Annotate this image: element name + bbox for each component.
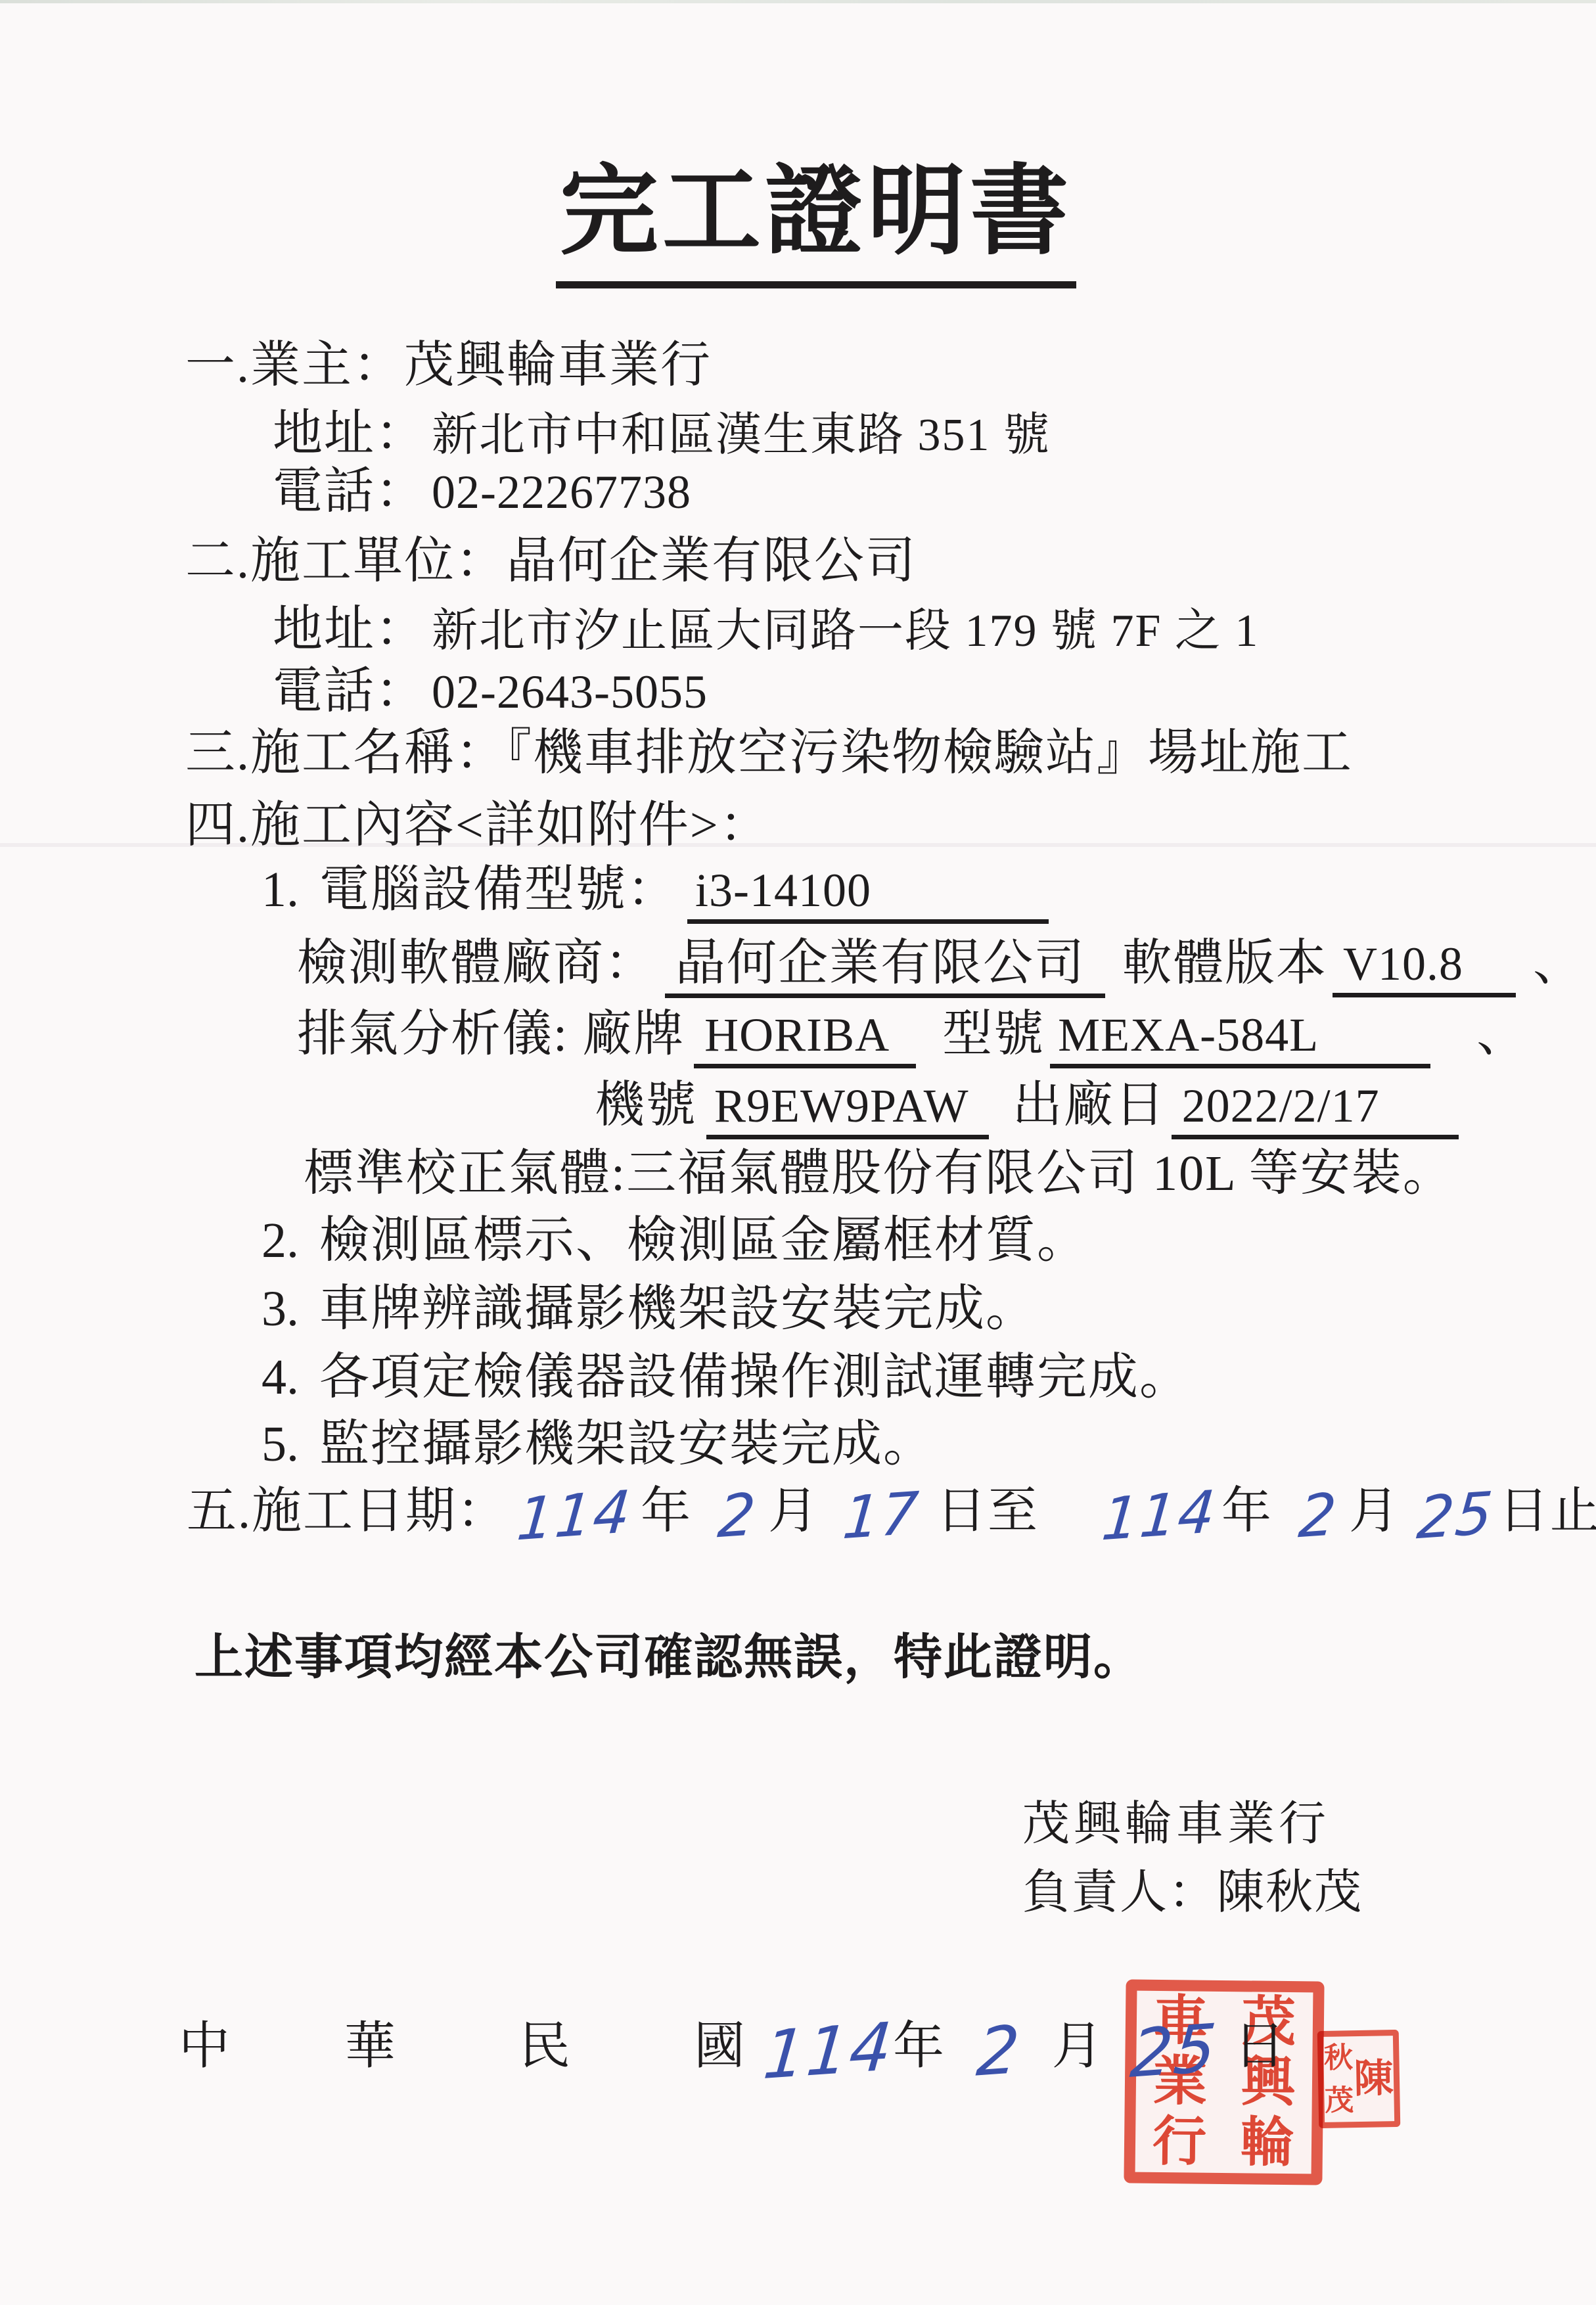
item1-analyzer-model: MEXA-584L [1050,1011,1430,1068]
item1-software-vendor-label: 檢測軟體廠商： [297,936,656,991]
item1-serial-label: 機號 [595,1078,697,1133]
owner-heading: 一.業主：茂興輪車業行 [185,338,712,394]
period-year-unit-2: 年 [1221,1484,1273,1539]
confirmation-statement: 上述事項均經本公司確認無誤，特此證明。 [194,1631,1143,1685]
contractor-address-label: 地址： [273,602,426,657]
item1-serial-line: 機號R9EW9PAW出廠日2022/2/17 [595,1078,1459,1139]
signature-principal-label: 負責人： [1022,1866,1217,1919]
footer-month-handwritten: 2 [974,2013,1023,2090]
contractor-heading-label: 二.施工單位： [185,534,507,589]
owner-address: 新北市中和區漢生東路 351 號 [432,410,1051,461]
period-end-day-handwritten: 25 [1415,1481,1496,1551]
owner-address-line: 地址：新北市中和區漢生東路 351 號 [273,406,1051,462]
item2-text: 檢測區標示、檢測區金屬框材質。 [319,1213,1088,1268]
item1-calibration-line: 標準校正氣體:三福氣體股份有限公司 10L 等安裝。 [304,1146,1454,1202]
footer-year-unit: 年 [893,2017,946,2074]
footer-day-handwritten: 25 [1128,2011,1220,2091]
footer-char-min: 民 [519,2017,572,2074]
item1-serial-number: R9EW9PAW [706,1082,989,1139]
certificate-page: 完工證明書 一.業主：茂興輪車業行 地址：新北市中和區漢生東路 351 號 電話… [0,0,1596,2305]
item4-line: 4.各項定檢儀器設備操作測試運轉完成。 [262,1350,1191,1405]
period-end-month-handwritten: 2 [1296,1482,1340,1550]
item5-text: 監控攝影機架設安裝完成。 [319,1417,934,1472]
period-start-day-handwritten: 17 [840,1481,922,1551]
period-start-year-handwritten: 114 [514,1480,634,1553]
period-mid-label: 日至 [936,1484,1039,1539]
owner-heading-label: 一.業主： [185,338,404,393]
period-year-unit-1: 年 [641,1484,692,1539]
contractor-address-line: 地址：新北市汐止區大同路一段 179 號 7F 之 1 [273,602,1259,658]
item3-text: 車牌辨識攝影機架設安裝完成。 [319,1281,1037,1336]
personal-seal-left-column: 秋 茂 [1323,2036,1354,2122]
item1-analyzer-model-label: 型號 [942,1007,1045,1062]
contractor-phone: 02-2643-5055 [432,666,708,718]
item1-computer-line: 1.電腦設備型號：i3-14100 [262,862,1049,924]
personal-seal: 陳 秋 茂 [1317,2030,1401,2128]
item1-factory-date: 2022/2/17 [1172,1082,1459,1139]
item1-separator-1: 、 [1533,936,1584,991]
period-end-label: 日止。 [1499,1484,1596,1539]
item1-software-vendor: 晶何企業有限公司 [665,938,1105,998]
period-month-unit-2: 月 [1349,1484,1400,1539]
contractor-address: 新北市汐止區大同路一段 179 號 7F 之 1 [432,606,1259,656]
company-seal-char: 行 [1152,2115,1207,2170]
owner-phone-label: 電話： [273,464,426,519]
item1-analyzer-brand: HORIBA [694,1011,916,1068]
item3-line: 3.車牌辨識攝影機架設安裝完成。 [262,1281,1037,1337]
scan-edge-artifact [0,0,1596,3]
item5-line: 5.監控攝影機架設安裝完成。 [262,1417,934,1472]
period-month-unit-1: 月 [768,1484,819,1539]
period-label: 五.施工日期： [187,1484,508,1539]
footer-year-handwritten: 114 [760,2010,896,2093]
item5-number: 5. [262,1417,319,1472]
personal-seal-grid: 陳 秋 茂 [1323,2036,1394,2122]
period-start-month-handwritten: 2 [716,1482,760,1550]
period-end-year-handwritten: 114 [1099,1480,1219,1553]
owner-address-label: 地址： [273,406,426,461]
personal-seal-right-column: 陳 [1353,2036,1394,2122]
item4-text: 各項定檢儀器設備操作測試運轉完成。 [319,1350,1191,1405]
item1-software-line: 檢測軟體廠商：晶何企業有限公司軟體版本V10.8、 [297,936,1584,998]
personal-seal-char: 秋 [1324,2043,1354,2073]
footer-char-hua: 華 [344,2017,397,2074]
item1-number: 1. [262,862,319,918]
footer-day-unit: 日 [1234,2017,1287,2074]
item1-computer-label: 電腦設備型號： [319,862,678,917]
document-title: 完工證明書 [556,131,1076,288]
footer-date-line: 中華民國114年2月25日 [179,2015,1287,2088]
signature-company: 茂興輪車業行 [1022,1798,1330,1851]
item2-number: 2. [262,1213,319,1269]
item1-analyzer-label: 排氣分析儀: 廠牌 [297,1007,685,1062]
owner-phone-line: 電話：02-22267738 [273,464,691,520]
item4-number: 4. [262,1350,319,1405]
project-name-label: 三.施工名稱： [185,725,507,781]
construction-period-line: 五.施工日期：114年2月17日至114年2月25日止。 [187,1484,1596,1549]
item1-factory-date-label: 出廠日 [1013,1078,1166,1133]
personal-seal-char: 陳 [1354,2059,1394,2099]
footer-char-zhong: 中 [179,2017,231,2074]
item1-computer-model: i3-14100 [687,866,1049,924]
item1-separator-2: 、 [1476,1007,1528,1062]
content-heading: 四.施工內容<詳如附件>： [185,798,771,854]
item3-number: 3. [262,1281,319,1337]
contractor-heading: 二.施工單位：晶何企業有限公司 [185,534,917,589]
project-name-value: 『機車排放空污染物檢驗站』場址施工 [507,725,1353,781]
item1-software-version-label: 軟體版本 [1122,936,1327,991]
company-seal-char: 輪 [1241,2116,1295,2170]
footer-month-unit: 月 [1052,2017,1105,2074]
signature-principal-line: 負責人：陳秋茂 [1022,1866,1363,1919]
project-name-line: 三.施工名稱：『機車排放空污染物檢驗站』場址施工 [185,725,1353,781]
owner-phone: 02-22267738 [432,466,691,518]
footer-char-guo: 國 [694,2017,746,2074]
item2-line: 2.檢測區標示、檢測區金屬框材質。 [262,1213,1088,1269]
contractor-phone-line: 電話：02-2643-5055 [273,664,708,719]
item1-software-version: V10.8 [1333,940,1516,997]
owner-name: 茂興輪車業行 [404,338,712,393]
personal-seal-char: 茂 [1325,2086,1354,2116]
signature-principal-name: 陳秋茂 [1217,1866,1363,1919]
contractor-name: 晶何企業有限公司 [507,534,917,589]
contractor-phone-label: 電話： [273,664,426,719]
item1-analyzer-line: 排氣分析儀: 廠牌HORIBA型號MEXA-584L、 [297,1007,1528,1068]
